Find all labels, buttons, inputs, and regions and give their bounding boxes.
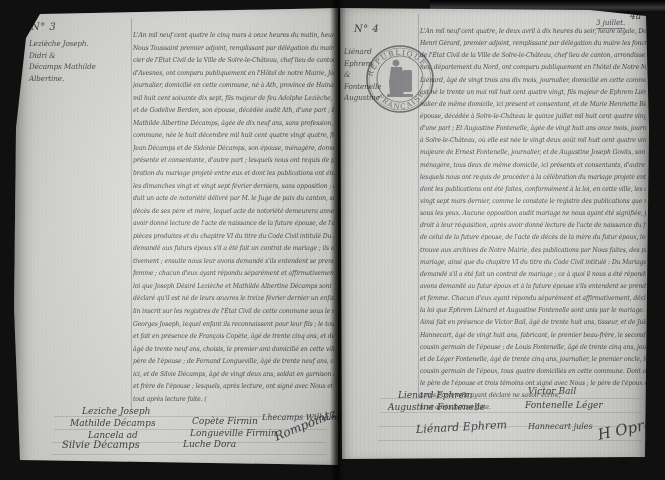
signatures-block: Leziche JosephMathilde DécampsCopète Fir… (14, 8, 338, 465)
dust-speck (620, 461, 625, 465)
signature: Mathilde Décamps (70, 419, 156, 429)
signature: Augustine Fontenelle (388, 403, 485, 413)
signature: Luche Dora (183, 440, 236, 450)
signature: Longueville Firmin (190, 429, 277, 439)
signature: Liénard Ephrem (416, 418, 508, 436)
book-gutter-shadow (330, 0, 346, 480)
signature: Lienard Ephrem (398, 391, 473, 401)
signature: Leziche Joseph (82, 407, 150, 417)
signature: Victor Bail (528, 387, 576, 397)
register-page-right: 4a 3 juillet. N° 4 LiénardEphrem&Fontene… (340, 8, 649, 460)
signature: Rompointz (272, 406, 338, 443)
signature: Fontenelle Léger (525, 401, 603, 411)
signature: Silvie Décamps (62, 440, 140, 451)
signatures-block: Lienard EphremVictor BailAugustine Fonte… (340, 8, 649, 460)
signature: Copète Firmin (192, 417, 258, 427)
register-page-left: N° 3 Lezièche Joseph.Didri &Décamps Math… (14, 8, 338, 465)
signature: H Opray (596, 413, 663, 444)
signature: Hannecart jules (528, 422, 593, 431)
register-photo: N° 3 Lezièche Joseph.Didri &Décamps Math… (0, 0, 665, 480)
